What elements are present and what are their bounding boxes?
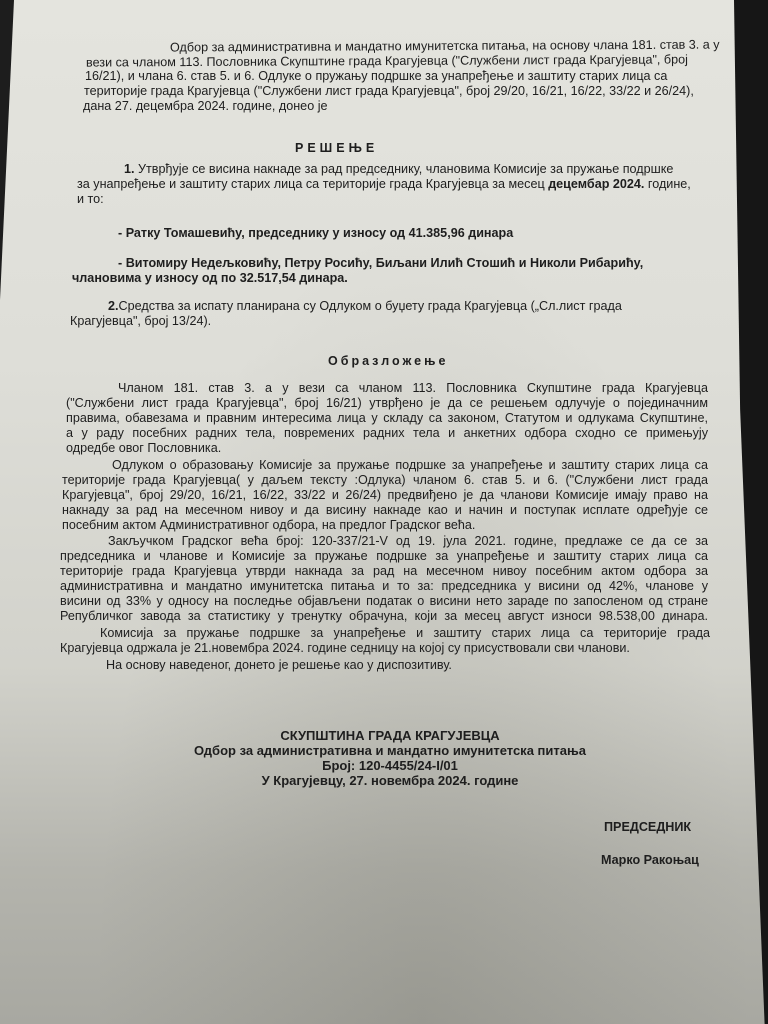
decision-title: РЕШЕЊЕ [295,141,378,155]
paragraph-line: територије града Крагујевца( у даљем тек… [62,473,708,488]
paragraph-line: накнаду за рад на месечном нивоу и да ви… [62,503,708,518]
paragraph-line: Републичког завода за статистику у трену… [60,609,708,624]
item-text: Средства за испату планирана су Одлуком … [119,299,622,313]
paragraph-line: административна и мандатно имунитетска п… [60,579,708,594]
month-highlight: децембар 2024. [548,177,644,191]
item-1-line: за унапређење и заштиту старих лица са т… [77,177,691,192]
recipient-members-amount: члановима у износу од по 32.517,54 динар… [72,271,348,286]
item-text: Утврђује се висина накнаде за рад предсе… [138,162,673,176]
paragraph-line: Чланом 181. став 3. а у вези са чланом 1… [118,381,708,396]
signatory-role: ПРЕДСЕДНИК [604,820,691,835]
reasoning-title: Образложење [328,354,448,368]
paragraph-line: правима, обавезама и правним интересима … [66,411,708,426]
preamble-line: територије града Крагујевца ("Службени л… [84,84,694,99]
paragraph-line: ("Службени лист града Крагујевца", број … [66,396,708,411]
item-1-line: и то: [77,192,104,207]
document-page: Одбор за административна и мандатно имун… [0,0,768,1024]
paragraph-line: Крагујевца", број 29/20, 16/21, 16/22, 3… [62,488,708,503]
committee-name: Одбор за административна и мандатно имун… [140,743,640,758]
paragraph-line: територије града Крагујевца утврди накна… [60,564,708,579]
place-and-date: У Крагујевцу, 27. новембра 2024. године [160,773,620,788]
signatory-name: Марко Ракоњац [601,853,699,868]
item-1-line: 1. Утврђује се висина накнаде за рад пре… [124,162,673,177]
recipient-president: - Ратку Томашевићу, председнику у износу… [118,226,513,241]
paragraph-line: посебним актом Административног одбора, … [62,518,475,533]
paragraph-line: висини од 33% у односу на последње објав… [60,594,708,609]
reasoning-conclusion: На основу наведеног, донето је решење ка… [106,658,452,673]
item-2-line: 2.Средства за испату планирана су Одлуко… [108,299,702,314]
item-text: године, [644,177,690,191]
paragraph-line: Крагујевца одржала је 21.новембра 2024. … [60,641,630,656]
item-2-line: Крагујевца", број 13/24). [70,314,211,329]
item-number: 2. [108,299,119,313]
paragraph-line: Закључком Градског већа број: 120-337/21… [108,534,708,549]
paragraph-line: председника и чланове и Комисије за пруж… [60,549,708,564]
paragraph-line: Комисија за пружање подршке за унапређењ… [100,626,710,641]
paragraph-line: Одлуком о образовању Комисије за пружање… [112,458,708,473]
preamble-line: дана 27. децембра 2024. године, донео је [83,99,328,114]
paragraph-line: одредбе овог Пословника. [66,441,221,456]
paragraph-line: а у раду посебних радних тела, повремени… [66,426,708,441]
item-number: 1. [124,162,135,176]
document-number: Број: 120-4455/24-I/01 [180,758,600,773]
item-text: за унапређење и заштиту старих лица са т… [77,177,548,191]
institution-name: СКУПШТИНА ГРАДА КРАГУЈЕВЦА [180,728,600,743]
preamble-line: 16/21), и члана 6. став 5. и 6. Одлуке о… [85,69,667,84]
recipient-members: - Витомиру Недељковићу, Петру Росићу, Би… [118,256,643,271]
